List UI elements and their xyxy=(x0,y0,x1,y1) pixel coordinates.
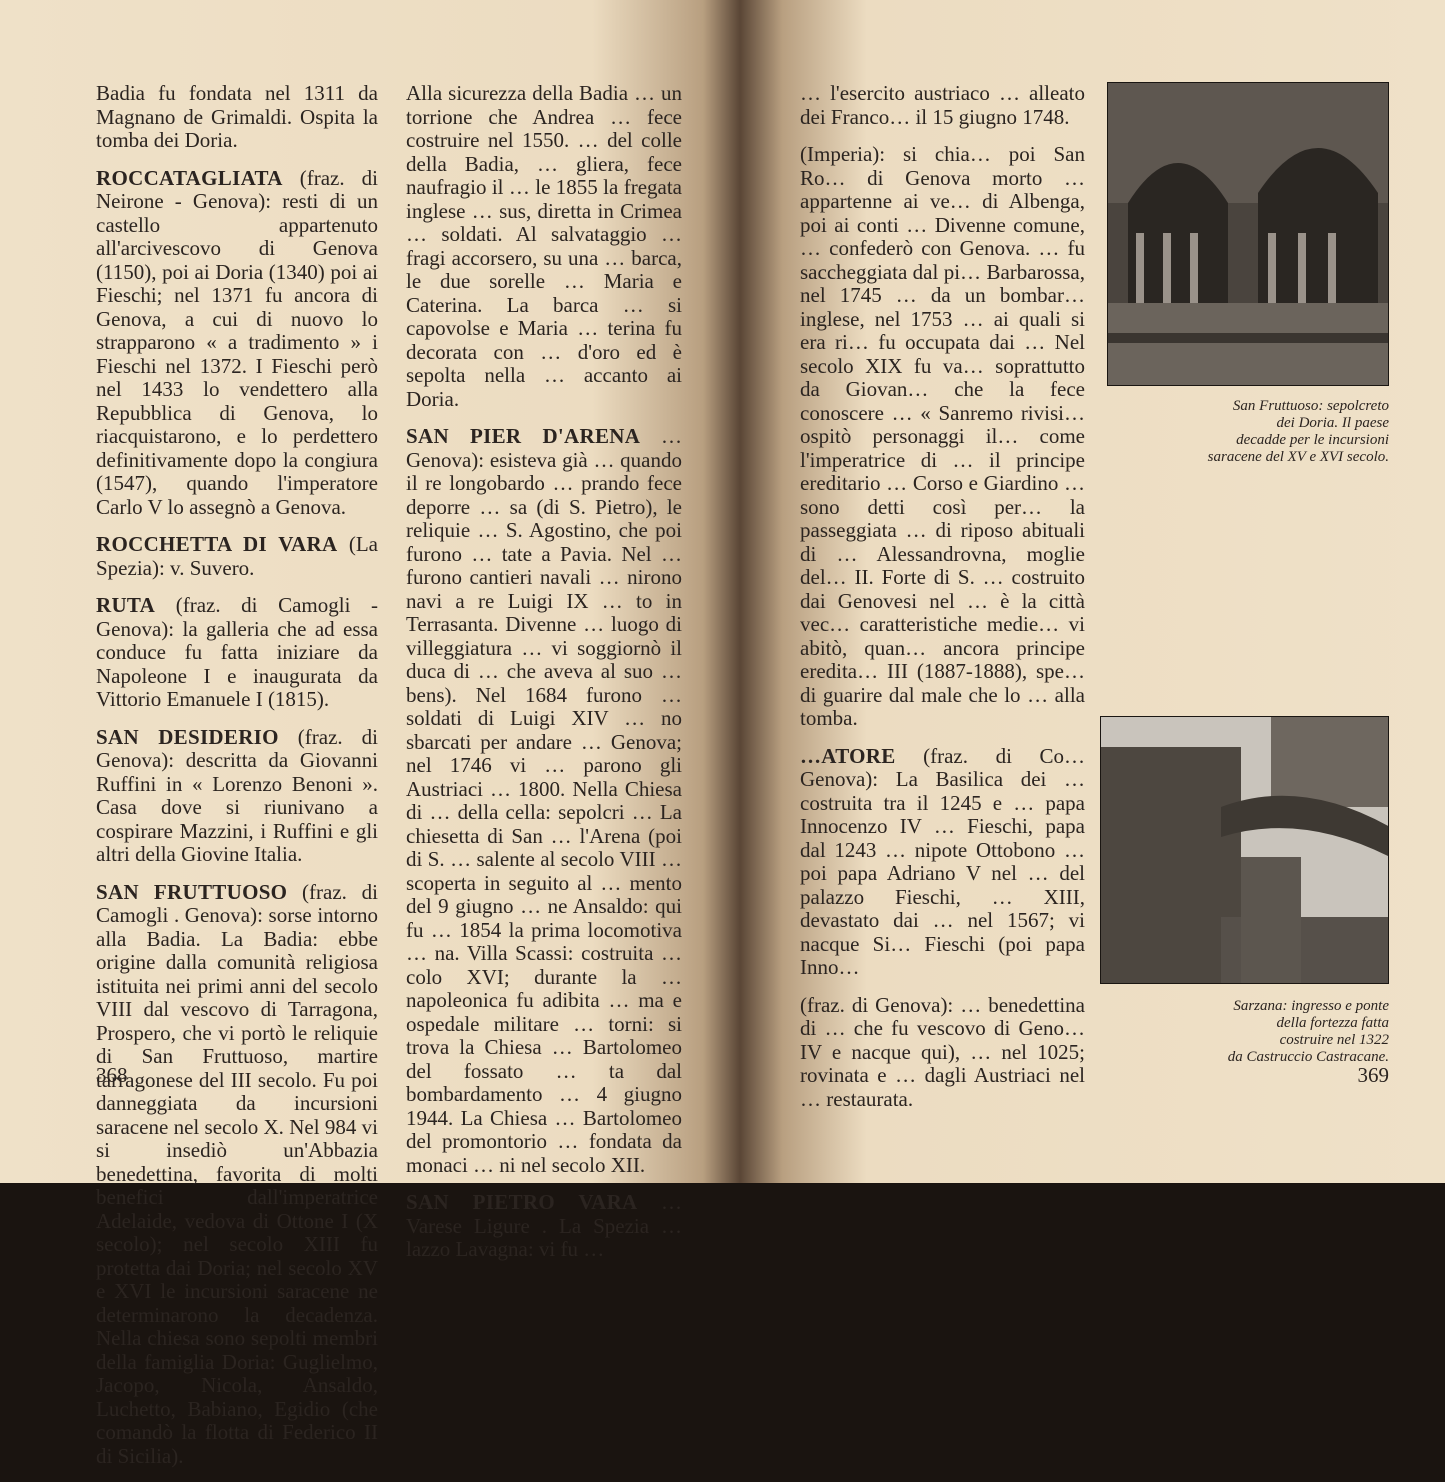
entry-continuation: Badia fu fondata nel 1311 da Magnano de … xyxy=(96,82,378,153)
left-page-column-2: Alla sicurezza della Badia … un torrione… xyxy=(406,82,682,1183)
headword: SAN FRUTTUOSO xyxy=(96,880,287,904)
right-page-column-1: … l'esercito austriaco … alleato dei Fra… xyxy=(800,82,1085,1125)
entry-roccatagliata: ROCCATAGLIATA (fraz. di Neirone - Genova… xyxy=(96,167,378,520)
entry-ruta: RUTA (fraz. di Camogli - Genova): la gal… xyxy=(96,594,378,712)
page-number: 368 xyxy=(96,1063,128,1088)
photo-caption-fortress: Sarzana: ingresso e ponte della fortezza… xyxy=(1112,998,1389,1066)
headword: ROCCHETTA DI VARA xyxy=(96,532,337,556)
right-page: … l'esercito austriaco … alleato dei Fra… xyxy=(740,0,1445,1183)
cloister-arches-image xyxy=(1108,83,1389,386)
entry-san-remo: (Imperia): si chia… poi San Ro… di Genov… xyxy=(800,143,1085,731)
headword: ROCCATAGLIATA xyxy=(96,166,283,190)
left-page: Badia fu fondata nel 1311 da Magnano de … xyxy=(0,0,740,1183)
headword: RUTA xyxy=(96,593,155,617)
headword: …ATORE xyxy=(800,744,896,768)
entry-san-desiderio: SAN DESIDERIO (fraz. di Genova): descrit… xyxy=(96,726,378,867)
entry-san-pier-darena: SAN PIER D'ARENA … Genova): esisteva già… xyxy=(406,425,682,1177)
headword: SAN DESIDERIO xyxy=(96,725,279,749)
entry-san-salvatore: …ATORE (fraz. di Co… Genova): La Basilic… xyxy=(800,745,1085,980)
page-number: 369 xyxy=(1358,1063,1390,1088)
left-page-column-1: Badia fu fondata nel 1311 da Magnano de … xyxy=(96,82,378,1183)
photo-cloister xyxy=(1107,82,1389,386)
entry-san-siro: (fraz. di Genova): … benedettina di … ch… xyxy=(800,994,1085,1112)
photo-caption-cloister: San Fruttuoso: sepolcreto dei Doria. Il … xyxy=(1112,398,1389,466)
headword: SAN PIER D'ARENA xyxy=(406,424,640,448)
entry-rocchetta-di-vara: ROCCHETTA DI VARA (La Spezia): v. Suvero… xyxy=(96,533,378,580)
entry-continuation: Alla sicurezza della Badia … un torrione… xyxy=(406,82,682,411)
entry-san-fruttuoso: SAN FRUTTUOSO (fraz. di Camogli . Genova… xyxy=(96,881,378,1184)
fortress-gate-image xyxy=(1101,717,1389,984)
entry-continuation: … l'esercito austriaco … alleato dei Fra… xyxy=(800,82,1085,129)
book-spread: Badia fu fondata nel 1311 da Magnano de … xyxy=(0,0,1445,1183)
photo-fortress xyxy=(1100,716,1389,984)
